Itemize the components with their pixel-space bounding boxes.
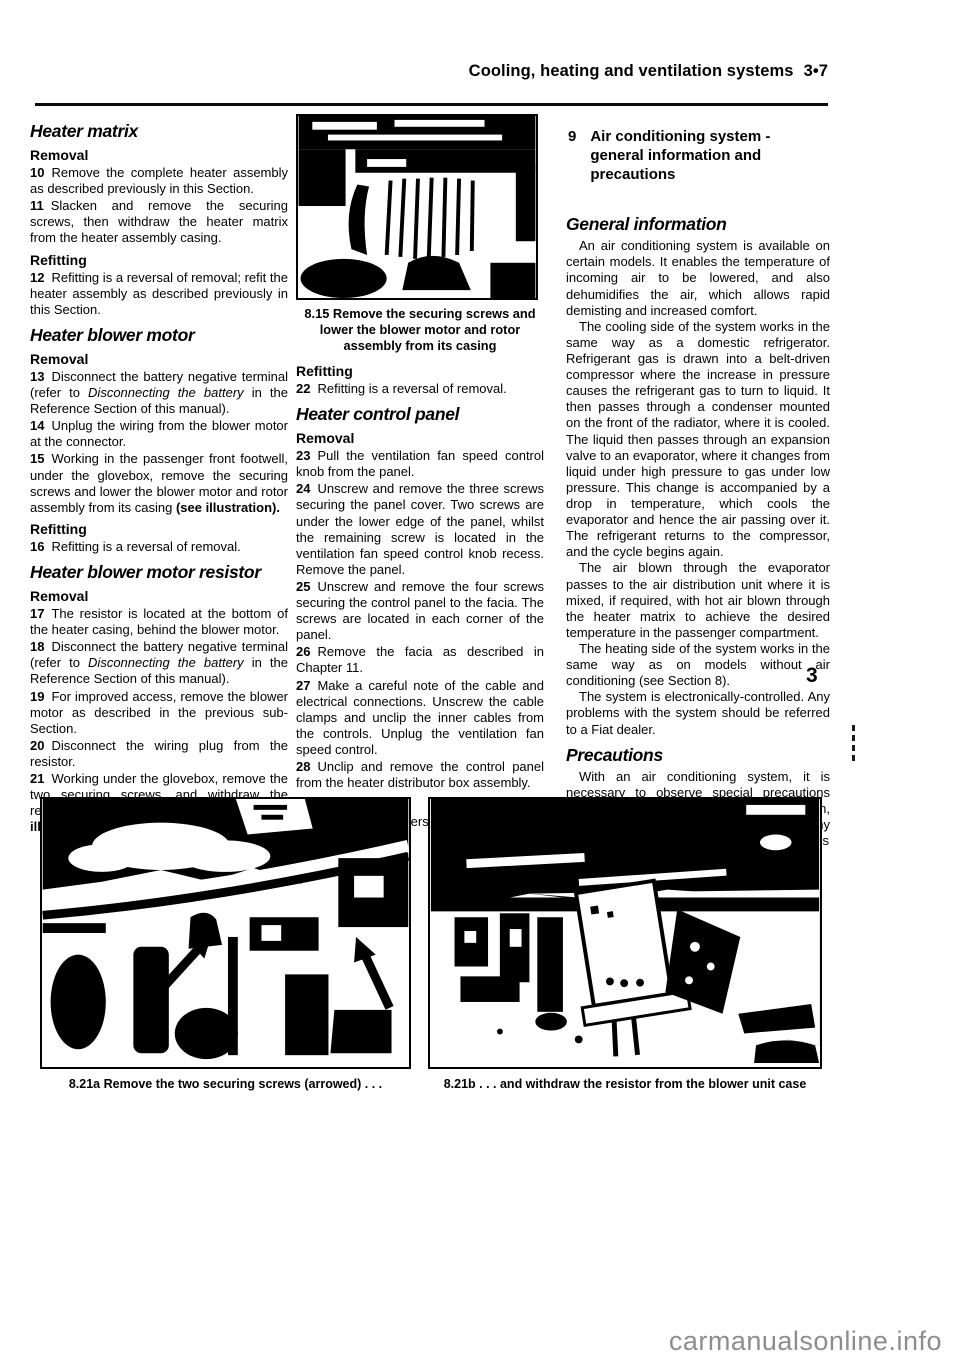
step-paragraph: 19For improved access, remove the blower…: [30, 689, 288, 737]
step-number: 15: [30, 451, 44, 466]
step-paragraph: 12Refitting is a reversal of removal; re…: [30, 270, 288, 318]
step-paragraph: 25Unscrew and remove the four screws sec…: [296, 579, 544, 643]
text-segment: Unscrew and remove the four screws secur…: [296, 579, 544, 642]
text-segment: Unplug the wiring from the blower motor …: [30, 418, 288, 449]
figure-8-15-caption: 8.15 Remove the securing screws and lowe…: [304, 306, 536, 354]
step-paragraph: 20Disconnect the wiring plug from the re…: [30, 738, 288, 770]
step-paragraph: 28Unclip and remove the control panel fr…: [296, 759, 544, 791]
text-segment: Pull the ventilation fan speed control k…: [296, 448, 544, 479]
heading-line: Air conditioning system -: [590, 128, 770, 147]
watermark: carmanualsonline.info: [0, 1326, 942, 1357]
securing-screws-photo-image: [42, 799, 409, 1067]
section-title: Heater control panel: [296, 404, 544, 425]
step-number: 22: [296, 381, 310, 396]
column-right: 9Air conditioning system -general inform…: [566, 114, 830, 849]
figure-8-21b-photo: [428, 797, 822, 1069]
step-number: 19: [30, 689, 44, 704]
subheading: Refitting: [296, 363, 544, 379]
step-number: 25: [296, 579, 310, 594]
step-paragraph: 18Disconnect the battery negative termin…: [30, 639, 288, 687]
figure-8-21b-caption: 8.21b . . . and withdraw the resistor fr…: [428, 1077, 822, 1091]
page-number: 3•7: [804, 62, 828, 80]
text-segment: The cooling side of the system works in …: [566, 319, 830, 560]
step-paragraph: 23Pull the ventilation fan speed control…: [296, 448, 544, 480]
section-title: Heater matrix: [30, 121, 288, 142]
step-number: 13: [30, 369, 44, 384]
step-number: 10: [30, 165, 44, 180]
paragraph: The heating side of the system works in …: [566, 641, 830, 689]
manual-page: Cooling, heating and ventilation systems…: [0, 0, 960, 1362]
section-title: Heater blower motor: [30, 325, 288, 346]
subheading: Removal: [296, 430, 544, 446]
chapter-tab: 3: [806, 664, 818, 688]
section-number: 9: [568, 128, 576, 184]
text-segment: Unclip and remove the control panel from…: [296, 759, 544, 790]
column-middle: 8.15 Remove the securing screws and lowe…: [296, 114, 544, 849]
text-segment: Unscrew and remove the three screws secu…: [296, 481, 544, 577]
step-number: 17: [30, 606, 44, 621]
section-title: General information: [566, 214, 830, 235]
text-segment: Refitting is a reversal of removal; refi…: [30, 270, 288, 317]
column-left: Heater matrixRemoval10Remove the complet…: [30, 114, 288, 849]
step-paragraph: 13Disconnect the battery negative termin…: [30, 369, 288, 417]
text-segment: Make a careful note of the cable and ele…: [296, 678, 544, 757]
paragraph: The system is electronically-controlled.…: [566, 689, 830, 737]
step-number: 12: [30, 270, 44, 285]
subheading: Removal: [30, 588, 288, 604]
text-segment: The resistor is located at the bottom of…: [30, 606, 288, 637]
column-middle-text: Refitting22Refitting is a reversal of re…: [296, 363, 544, 831]
text-segment: The air blown through the evaporator pas…: [566, 560, 830, 639]
step-number: 14: [30, 418, 44, 433]
text-segment: Refitting is a reversal of removal.: [317, 381, 506, 396]
text-segment: Refitting is a reversal of removal.: [51, 539, 240, 554]
subheading: Refitting: [30, 252, 288, 268]
subheading: Removal: [30, 351, 288, 367]
subheading: Refitting: [30, 521, 288, 537]
step-paragraph: 10Remove the complete heater assembly as…: [30, 165, 288, 197]
header-title: Cooling, heating and ventilation systems: [469, 62, 794, 80]
step-paragraph: 14Unplug the wiring from the blower moto…: [30, 418, 288, 450]
text-segment: Disconnecting the battery: [88, 655, 244, 670]
blower-motor-photo-image: [298, 116, 536, 298]
binding-mark: [852, 725, 855, 761]
text-segment: An air conditioning system is available …: [566, 238, 830, 317]
figure-8-15-photo: [296, 114, 538, 300]
step-paragraph: 26Remove the facia as described in Chapt…: [296, 644, 544, 676]
page-header: Cooling, heating and ventilation systems…: [0, 62, 828, 81]
columns-container: Heater matrixRemoval10Remove the complet…: [30, 114, 830, 849]
step-paragraph: 22Refitting is a reversal of removal.: [296, 381, 544, 397]
step-paragraph: 17The resistor is located at the bottom …: [30, 606, 288, 638]
figure-8-21a-caption: 8.21a Remove the two securing screws (ar…: [40, 1077, 411, 1091]
step-number: 28: [296, 759, 310, 774]
figure-8-21a-photo: [40, 797, 411, 1069]
text-segment: For improved access, remove the blower m…: [30, 689, 288, 736]
step-number: 23: [296, 448, 310, 463]
step-number: 16: [30, 539, 44, 554]
text-segment: Disconnecting the battery: [88, 385, 244, 400]
step-number: 24: [296, 481, 310, 496]
step-number: 26: [296, 644, 310, 659]
header-rule: [35, 103, 828, 106]
step-number: 18: [30, 639, 44, 654]
section-title: Precautions: [566, 745, 830, 766]
heading-line: precautions: [590, 166, 770, 185]
step-paragraph: 24Unscrew and remove the three screws se…: [296, 481, 544, 578]
step-number: 27: [296, 678, 310, 693]
text-segment: Slacken and remove the securing screws, …: [30, 198, 288, 245]
text-segment: Remove the facia as described in Chapter…: [296, 644, 544, 675]
step-number: 20: [30, 738, 44, 753]
paragraph: The cooling side of the system works in …: [566, 319, 830, 561]
text-segment: Disconnect the wiring plug from the resi…: [30, 738, 288, 769]
paragraph: The air blown through the evaporator pas…: [566, 560, 830, 641]
step-paragraph: 16Refitting is a reversal of removal.: [30, 539, 288, 555]
text-segment: The heating side of the system works in …: [566, 641, 830, 688]
text-segment: The system is electronically-controlled.…: [566, 689, 830, 736]
step-number: 21: [30, 771, 44, 786]
section-title: Heater blower motor resistor: [30, 562, 288, 583]
subheading: Removal: [30, 147, 288, 163]
step-paragraph: 27Make a careful note of the cable and e…: [296, 678, 544, 759]
numbered-section-heading: 9Air conditioning system -general inform…: [568, 128, 830, 184]
step-paragraph: 15Working in the passenger front footwel…: [30, 451, 288, 515]
paragraph: An air conditioning system is available …: [566, 238, 830, 319]
figure-8-15: 8.15 Remove the securing screws and lowe…: [296, 114, 544, 354]
step-paragraph: 11Slacken and remove the securing screws…: [30, 198, 288, 246]
resistor-photo-image: [430, 799, 820, 1067]
text-segment: (see illustration).: [176, 500, 280, 515]
heading-line: general information and: [590, 147, 770, 166]
step-number: 11: [30, 198, 44, 213]
text-segment: Remove the complete heater assembly as d…: [30, 165, 288, 196]
section-heading-text: Air conditioning system -general informa…: [590, 128, 770, 184]
